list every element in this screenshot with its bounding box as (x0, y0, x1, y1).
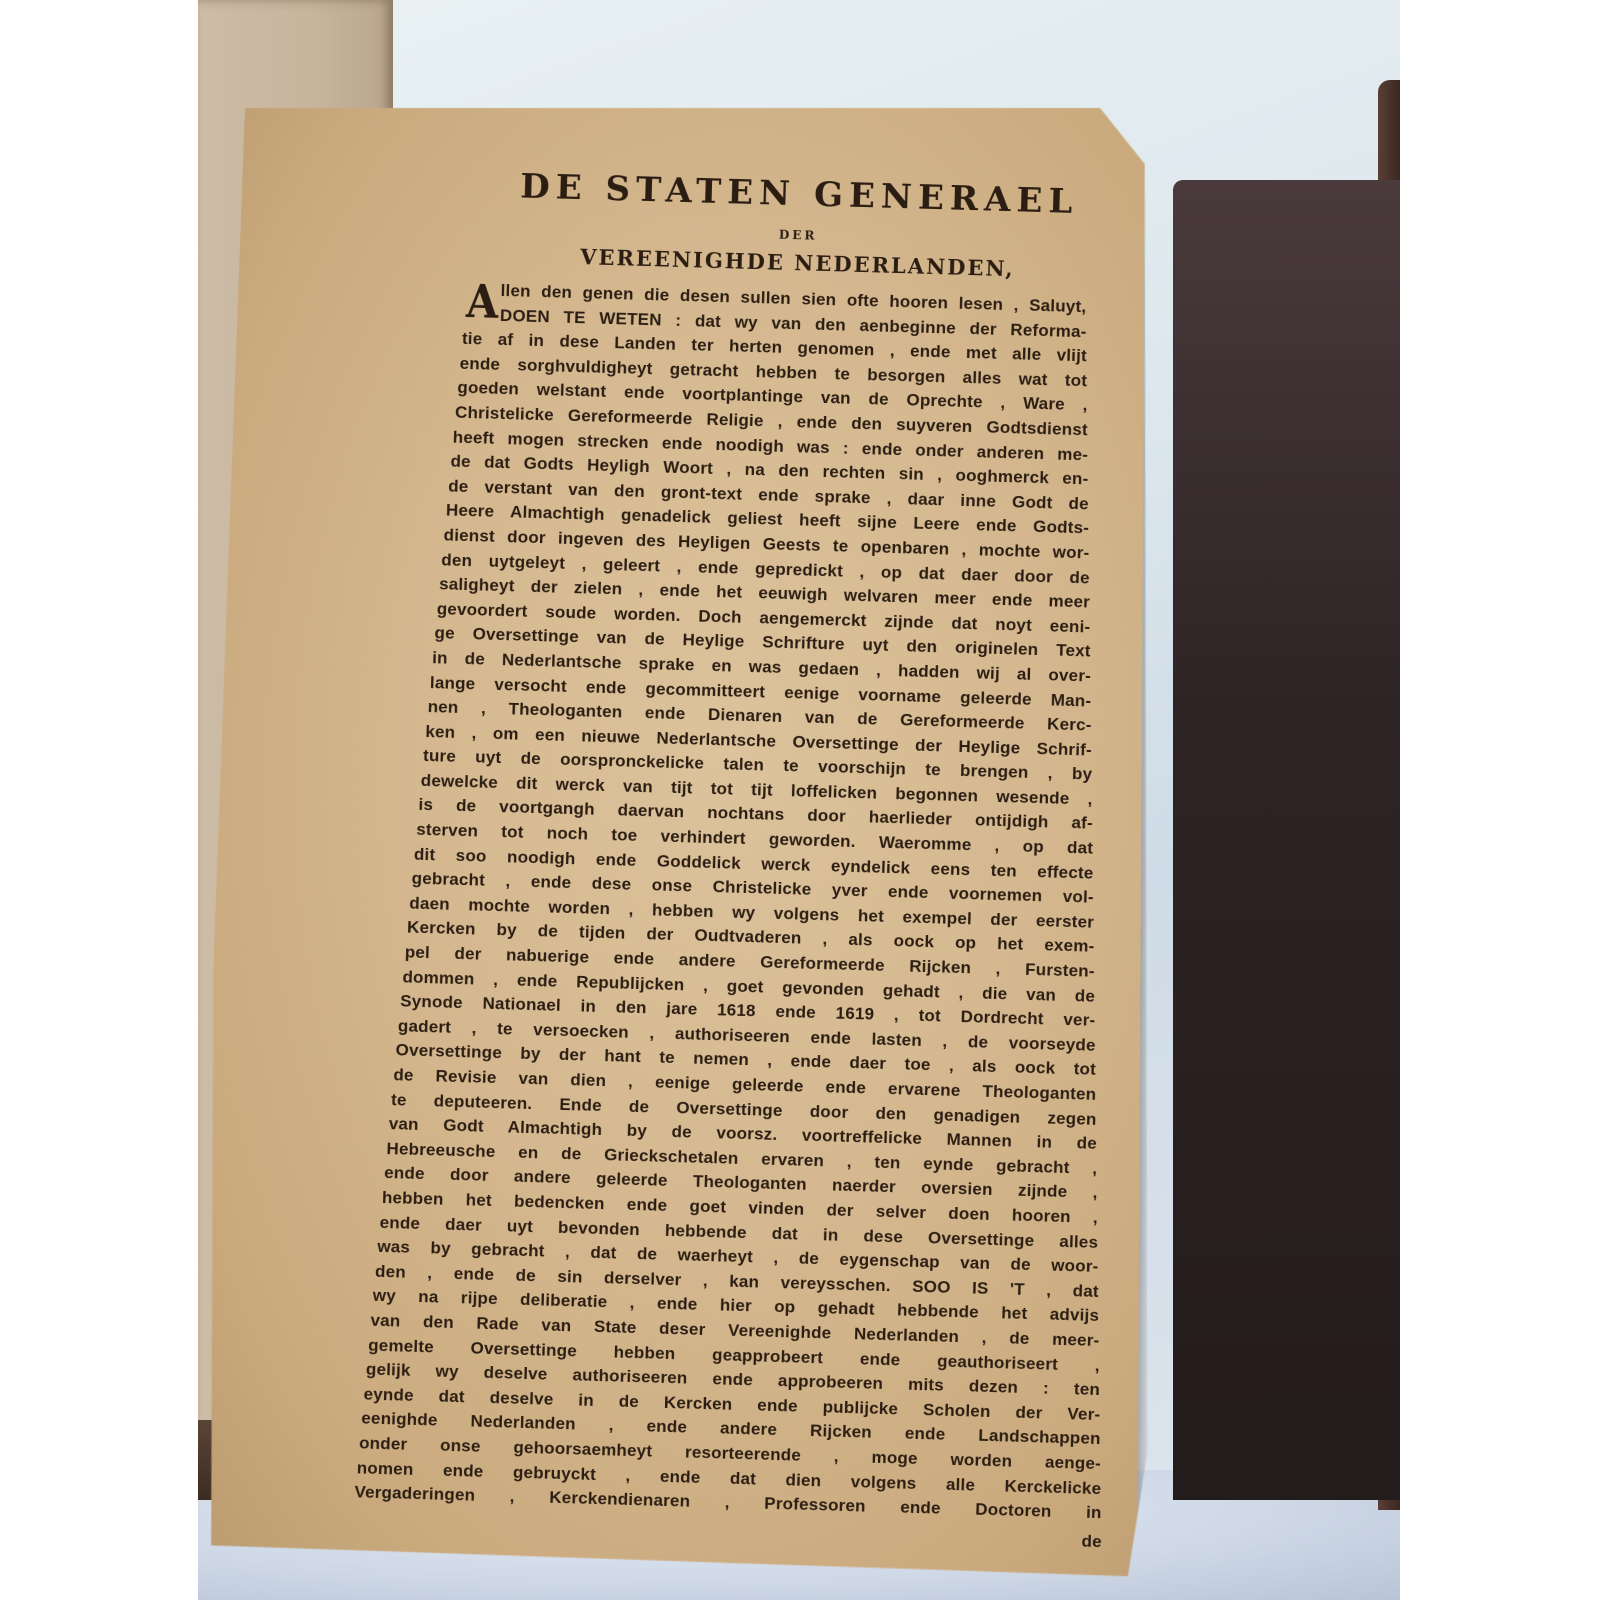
drop-cap: A (466, 280, 499, 323)
book-back-cover (1173, 180, 1400, 1500)
proclamation-body: A llen den genen die desen sullen sien o… (432, 278, 1127, 1554)
page-text-block: DE STATEN GENERAEL DER VEREENIGHDE NEDER… (432, 165, 1130, 1554)
